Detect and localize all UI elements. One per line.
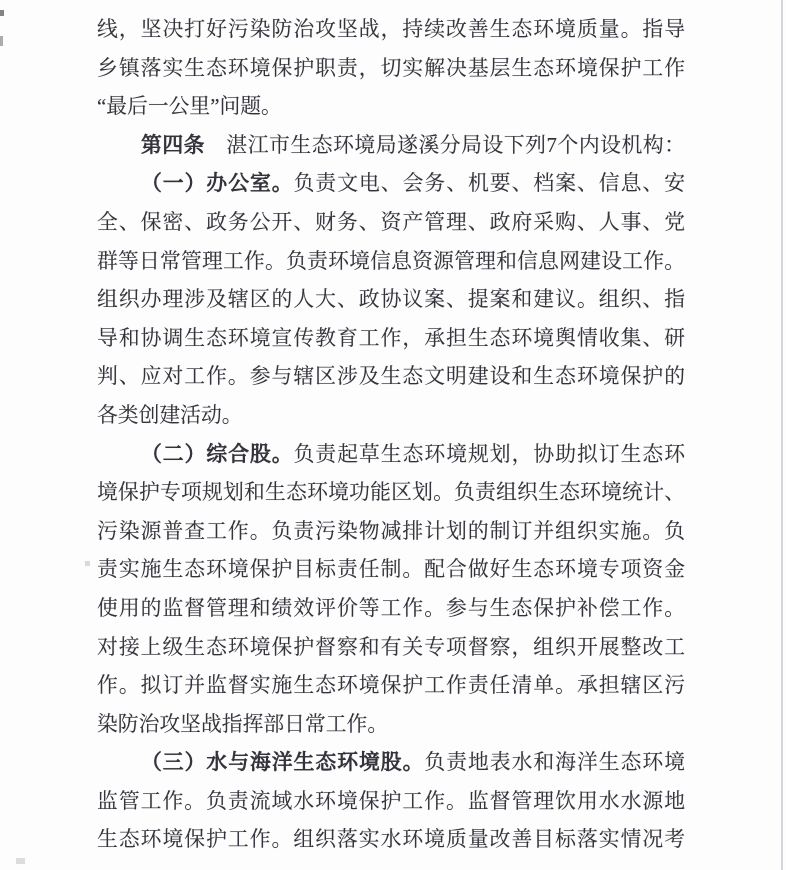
document-line: （一）办公室。负责文电、会务、机要、档案、信息、安 [97,165,685,204]
document-line: 使用的监督管理和绩效评价等工作。参与生态保护补偿工作。 [97,590,685,629]
line-text: 作。拟订并监督实施生态环境保护工作责任清单。承担辖区污 [97,674,685,697]
document-line: （三）水与海洋生态环境股。负责地表水和海洋生态环境 [97,744,685,783]
scan-speck [0,10,4,16]
document-line: （二）综合股。负责起草生态环境规划，协助拟订生态环 [97,436,685,475]
line-text: 乡镇落实生态环境保护职责，切实解决基层生态环境保护工作 [97,57,685,80]
line-text: 各类创建活动。 [97,404,243,427]
line-text: 负责地表水和海洋生态环境 [424,751,685,774]
scan-edge-line [781,0,783,870]
document-line: 判、应对工作。参与辖区涉及生态文明建设和生态环境保护的 [97,358,685,397]
line-text: 湛江市生态环境局遂溪分局设下列7个内设机构： [205,134,685,157]
document-line: 各类创建活动。 [97,397,685,436]
document-line: “最后一公里”问题。 [97,88,685,127]
line-text: 责实施生态环境保护目标责任制。配合做好生态环境专项资金 [97,558,685,581]
line-text: 组织办理涉及辖区的人大、政协议案、提案和建议。组织、指 [97,288,685,311]
document-line: 组织办理涉及辖区的人大、政协议案、提案和建议。组织、指 [97,281,685,320]
section-heading: （二）综合股。 [141,443,294,466]
line-text: 对接上级生态环境保护督察和有关专项督察，组织开展整改工 [97,636,685,659]
line-text: 负责起草生态环境规划，协助拟订生态环 [294,443,685,466]
line-text: 判、应对工作。参与辖区涉及生态文明建设和生态环境保护的 [97,365,685,388]
line-text: 生态环境保护工作。组织落实水环境质量改善目标落实情况考 [97,828,685,851]
line-text: 污染源普查工作。负责污染物减排计划的制订并组织实施。负 [97,520,685,543]
document-line: 乡镇落实生态环境保护职责，切实解决基层生态环境保护工作 [97,50,685,89]
document-line: 群等日常管理工作。负责环境信息资源管理和信息网建设工作。 [97,243,685,282]
scan-speck [16,858,25,864]
section-heading: （一）办公室。 [141,172,294,195]
document-line: 境保护专项规划和生态环境功能区划。负责组织生态环境统计、 [97,474,685,513]
document-line: 线，坚决打好污染防治攻坚战，持续改善生态环境质量。指导 [97,11,685,50]
document-line: 监管工作。负责流域水环境保护工作。监督管理饮用水水源地 [97,783,685,822]
section-heading: （三）水与海洋生态环境股。 [141,751,424,774]
document-line: 染防治攻坚战指挥部日常工作。 [97,706,685,745]
line-text: 监管工作。负责流域水环境保护工作。监督管理饮用水水源地 [97,790,685,813]
document-line: 对接上级生态环境保护督察和有关专项督察，组织开展整改工 [97,629,685,668]
document-line: 责实施生态环境保护目标责任制。配合做好生态环境专项资金 [97,551,685,590]
document-line: 生态环境保护工作。组织落实水环境质量改善目标落实情况考 [97,821,685,860]
document-line: 全、保密、政务公开、财务、资产管理、政府采购、人事、党 [97,204,685,243]
text-block: 线，坚决打好污染防治攻坚战，持续改善生态环境质量。指导乡镇落实生态环境保护职责，… [97,11,685,860]
document-line: 污染源普查工作。负责污染物减排计划的制订并组织实施。负 [97,513,685,552]
document-line: 第四条 湛江市生态环境局遂溪分局设下列7个内设机构： [97,127,685,166]
document-line: 作。拟订并监督实施生态环境保护工作责任清单。承担辖区污 [97,667,685,706]
scanned-document-page: 线，坚决打好污染防治攻坚战，持续改善生态环境质量。指导乡镇落实生态环境保护职责，… [0,0,786,870]
line-text: 线，坚决打好污染防治攻坚战，持续改善生态环境质量。指导 [97,18,685,41]
line-text: 全、保密、政务公开、财务、资产管理、政府采购、人事、党 [97,211,685,234]
line-text: 使用的监督管理和绩效评价等工作。参与生态保护补偿工作。 [97,597,685,620]
scan-speck [85,561,90,566]
line-text: 导和协调生态环境宣传教育工作，承担生态环境舆情收集、研 [97,327,685,350]
scan-speck [0,36,3,46]
document-line: 导和协调生态环境宣传教育工作，承担生态环境舆情收集、研 [97,320,685,359]
line-text: 负责文电、会务、机要、档案、信息、安 [294,172,685,195]
line-text: 染防治攻坚战指挥部日常工作。 [97,713,388,736]
line-text: “最后一公里”问题。 [97,95,282,118]
section-heading: 第四条 [141,134,205,157]
line-text: 境保护专项规划和生态环境功能区划。负责组织生态环境统计、 [97,481,685,504]
line-text: 群等日常管理工作。负责环境信息资源管理和信息网建设工作。 [97,250,685,273]
